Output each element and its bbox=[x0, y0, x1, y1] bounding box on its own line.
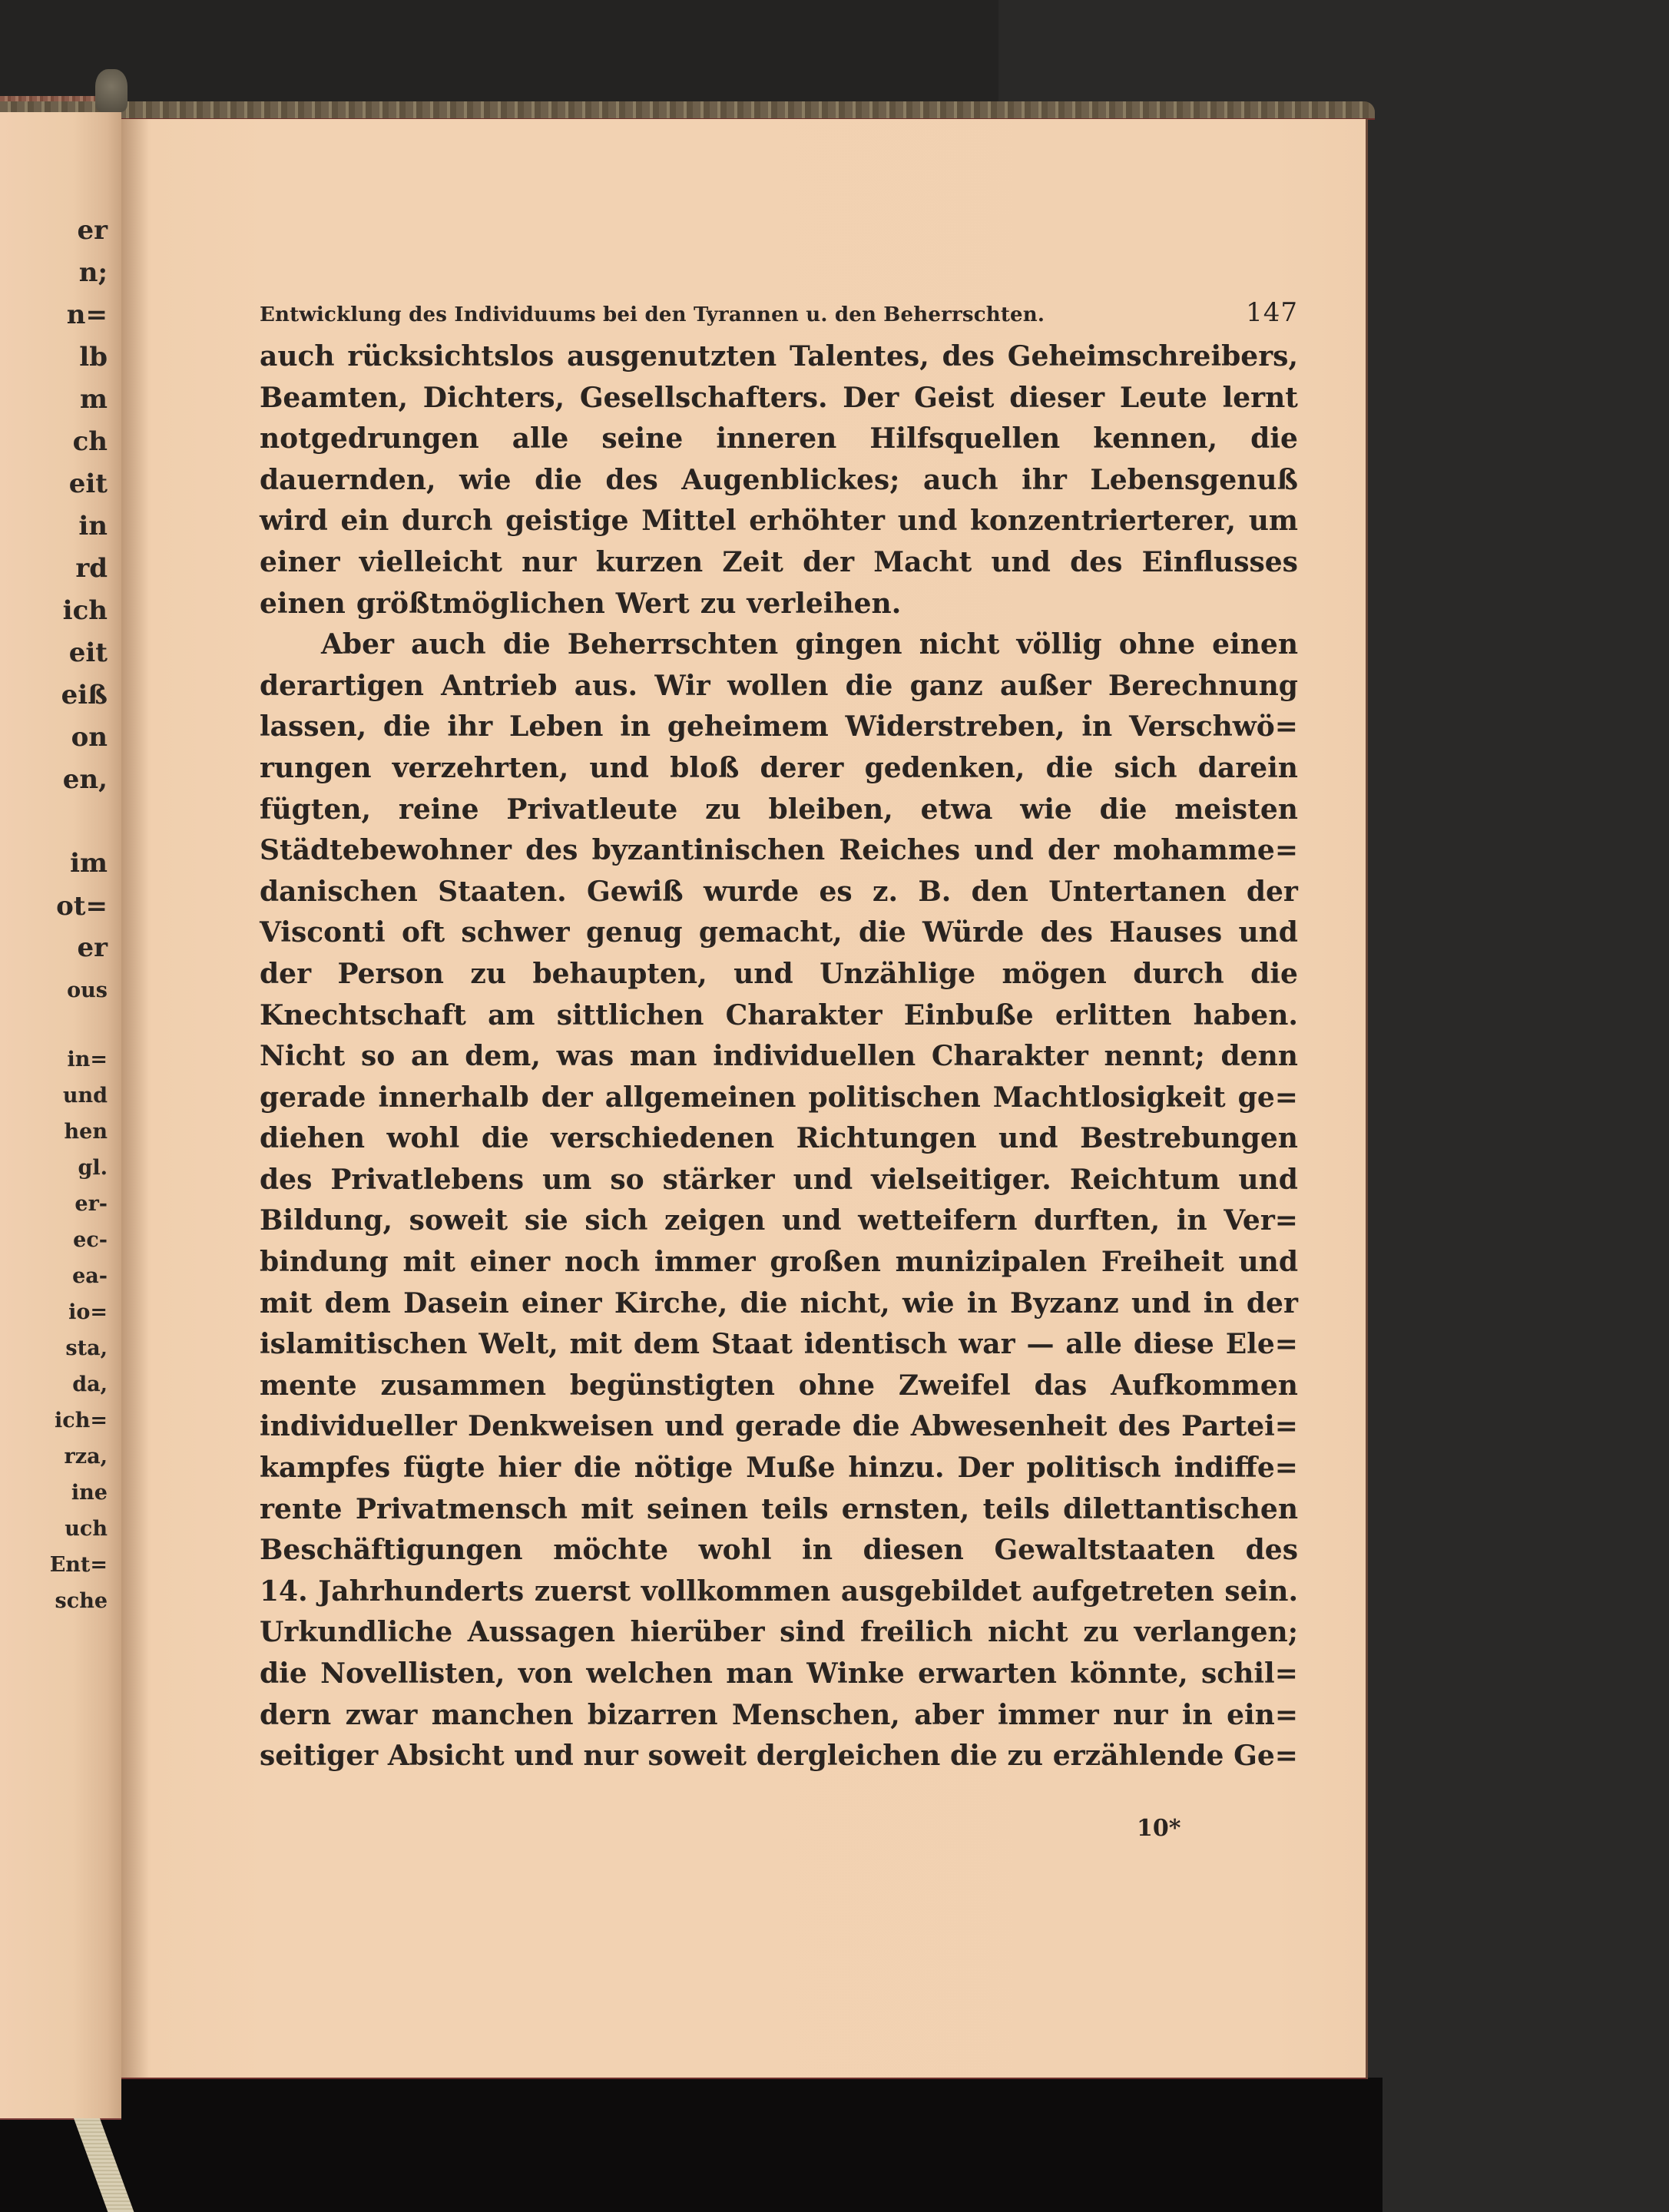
word: am bbox=[488, 995, 535, 1037]
word: bizarren bbox=[588, 1695, 718, 1737]
text-line: mitdemDaseineinerKirche,dienicht,wieinBy… bbox=[260, 1283, 1298, 1325]
word: indiffe= bbox=[1174, 1448, 1298, 1489]
word: dem, bbox=[465, 1036, 541, 1078]
left-page-fragment: sta, bbox=[65, 1336, 108, 1362]
word: Gewiß bbox=[587, 872, 684, 913]
word: dern bbox=[260, 1695, 331, 1737]
word: die bbox=[1100, 790, 1147, 831]
word: individuellen bbox=[713, 1036, 916, 1078]
word: B. bbox=[918, 872, 951, 913]
text-line: seitigerAbsichtundnursoweitdergleichendi… bbox=[260, 1736, 1298, 1777]
word: seitiger bbox=[260, 1736, 378, 1777]
word: geistige bbox=[505, 501, 628, 542]
word: und bbox=[1238, 1160, 1298, 1201]
text-line: lassen,dieihrLebeningeheimemWiderstreben… bbox=[260, 707, 1298, 748]
text-line: derartigenAntriebaus.Wirwollendieganzauß… bbox=[260, 666, 1298, 707]
word: derer bbox=[760, 748, 843, 790]
word: Lebensgenuß bbox=[1090, 460, 1298, 502]
word: Unzählige bbox=[820, 954, 975, 995]
word: dergleichen bbox=[757, 1736, 941, 1777]
left-page-fragment: ea- bbox=[72, 1263, 108, 1290]
left-page-fragment: ine bbox=[71, 1480, 108, 1506]
word: Absicht bbox=[388, 1736, 505, 1777]
word: einen bbox=[1212, 624, 1298, 666]
word: begünstigten bbox=[570, 1366, 775, 1407]
word: islamitischen bbox=[260, 1324, 467, 1366]
word: Reiches bbox=[839, 830, 960, 872]
word: Der bbox=[843, 378, 899, 419]
left-page-fragment: eit bbox=[69, 471, 108, 497]
text-line: dernzwarmanchenbizarrenMenschen,aberimme… bbox=[260, 1695, 1298, 1737]
word: in bbox=[1081, 707, 1112, 748]
word: nennt; bbox=[1104, 1036, 1204, 1078]
left-page: ern;n=lbmcheitinrdicheiteißonen,imot=ero… bbox=[0, 112, 121, 2120]
word: des bbox=[1246, 1530, 1298, 1571]
word: zeigen bbox=[664, 1200, 765, 1242]
left-page-fragment: er bbox=[77, 935, 108, 961]
word: kampfes bbox=[260, 1448, 390, 1489]
text-line: islamitischenWelt,mitdemStaatidentischwa… bbox=[260, 1324, 1298, 1366]
word: die bbox=[383, 707, 431, 748]
word: byzantinischen bbox=[592, 830, 826, 872]
text-line: desPrivatlebensumsostärkerundvielseitige… bbox=[260, 1160, 1298, 1201]
word: wurde bbox=[704, 872, 799, 913]
word: teils bbox=[983, 1489, 1050, 1531]
word: sittlichen bbox=[557, 995, 704, 1037]
body-text: auchrücksichtslosausgenutztenTalentes,de… bbox=[260, 336, 1298, 1777]
word: und bbox=[782, 1200, 842, 1242]
word: und bbox=[974, 830, 1034, 872]
text-line: geradeinnerhalbderallgemeinenpolitischen… bbox=[260, 1078, 1298, 1119]
word: 14. bbox=[260, 1571, 308, 1613]
word: rücksichtslos bbox=[347, 336, 554, 378]
word: des bbox=[525, 830, 578, 872]
word: ernsten, bbox=[842, 1489, 970, 1531]
word: diese bbox=[1134, 1324, 1214, 1366]
word: soweit bbox=[409, 1200, 508, 1242]
word: Novellisten, bbox=[320, 1654, 505, 1695]
text-line: 14.Jahrhundertszuerstvollkommenausgebild… bbox=[260, 1571, 1298, 1613]
word: der bbox=[1247, 872, 1298, 913]
text-line: diehenwohldieverschiedenenRichtungenundB… bbox=[260, 1118, 1298, 1160]
word: Reichtum bbox=[1070, 1160, 1220, 1201]
word: nicht, bbox=[800, 1283, 890, 1325]
word: Gesellschafters. bbox=[580, 378, 828, 419]
word: Denkweisen bbox=[468, 1406, 654, 1448]
word: Leben bbox=[509, 707, 603, 748]
word: die bbox=[1250, 954, 1298, 995]
word: fügte bbox=[403, 1448, 485, 1489]
word: lassen, bbox=[260, 707, 366, 748]
word: immer bbox=[654, 1242, 756, 1283]
word: zu bbox=[700, 584, 737, 625]
word: die bbox=[740, 1283, 788, 1325]
word: ausgenutzten bbox=[567, 336, 777, 378]
word: Städtebewohner bbox=[260, 830, 512, 872]
word: so bbox=[610, 1160, 644, 1201]
text-line: dauernden,wiediedesAugenblickes;auchihrL… bbox=[260, 460, 1298, 502]
word: derartigen bbox=[260, 666, 424, 707]
word: des bbox=[942, 336, 995, 378]
word: verschiedenen bbox=[551, 1118, 774, 1160]
word: ihr bbox=[447, 707, 492, 748]
word: seine bbox=[601, 419, 683, 460]
word: Jahrhunderts bbox=[318, 1571, 524, 1613]
word: alle bbox=[512, 419, 569, 460]
word: Visconti bbox=[260, 912, 386, 954]
left-page-fragment: rd bbox=[75, 555, 108, 581]
word: z. bbox=[873, 872, 898, 913]
word: an bbox=[411, 1036, 449, 1078]
word: Aussagen bbox=[468, 1612, 615, 1654]
word: dem bbox=[325, 1283, 391, 1325]
left-page-fragment: in= bbox=[67, 1047, 108, 1073]
word: die bbox=[260, 1654, 307, 1695]
word: wie bbox=[902, 1283, 955, 1325]
text-line: auchrücksichtslosausgenutztenTalentes,de… bbox=[260, 336, 1298, 378]
word: Verschwö= bbox=[1129, 707, 1298, 748]
text-line: rungenverzehrten,undbloßderergedenken,di… bbox=[260, 748, 1298, 790]
word: ganz bbox=[910, 666, 983, 707]
word: nicht bbox=[919, 624, 1000, 666]
word: Kirche, bbox=[614, 1283, 727, 1325]
word: verlangen; bbox=[1134, 1612, 1298, 1654]
word: und bbox=[991, 542, 1051, 584]
word: Einflusses bbox=[1142, 542, 1298, 584]
word: Charakter bbox=[932, 1036, 1088, 1078]
word: und bbox=[1238, 912, 1298, 954]
word: sich bbox=[1114, 748, 1177, 790]
word: Ver= bbox=[1224, 1200, 1298, 1242]
word: die bbox=[846, 666, 893, 707]
word: mit bbox=[402, 1242, 455, 1283]
word: die bbox=[482, 1118, 529, 1160]
word: Geheimschreibers, bbox=[1008, 336, 1298, 378]
word: und bbox=[733, 954, 793, 995]
word: Talentes, bbox=[790, 336, 929, 378]
word: des bbox=[1041, 912, 1093, 954]
word: auch bbox=[923, 460, 998, 502]
word: dilettantischen bbox=[1063, 1489, 1298, 1531]
word: schwer bbox=[461, 912, 569, 954]
word: zu bbox=[705, 790, 741, 831]
word: gerade bbox=[735, 1406, 841, 1448]
bookmark-knot bbox=[95, 69, 127, 112]
word: und bbox=[514, 1736, 574, 1777]
word: individueller bbox=[260, 1406, 457, 1448]
word: durften, bbox=[1034, 1200, 1160, 1242]
word: Staaten. bbox=[438, 872, 567, 913]
word: Zeit bbox=[722, 542, 783, 584]
word: man bbox=[726, 1654, 793, 1695]
left-page-fragment: Ent= bbox=[50, 1552, 108, 1578]
word: ohne bbox=[799, 1366, 875, 1407]
word: Menschen, bbox=[732, 1695, 900, 1737]
left-page-fragment: gl. bbox=[78, 1155, 108, 1181]
text-line: rentePrivatmenschmitseinenteilsernsten,t… bbox=[260, 1489, 1298, 1531]
signature-mark: 10* bbox=[1137, 1815, 1181, 1842]
word: der bbox=[260, 954, 311, 995]
word: mögen bbox=[1002, 954, 1106, 995]
word: zu bbox=[1007, 1736, 1043, 1777]
left-page-fragment: sche bbox=[55, 1588, 108, 1614]
background-bottom bbox=[0, 2078, 1383, 2212]
left-page-fragment: im bbox=[70, 850, 108, 876]
word: rente bbox=[260, 1489, 343, 1531]
word: fügten, bbox=[260, 790, 371, 831]
text-line: Bildung,soweitsiesichzeigenundwetteifern… bbox=[260, 1200, 1298, 1242]
word: zu bbox=[470, 954, 506, 995]
word: und bbox=[589, 748, 649, 790]
word: Beschäftigungen bbox=[260, 1530, 523, 1571]
word: die bbox=[574, 1448, 621, 1489]
word: einen bbox=[260, 584, 346, 625]
word: gemacht, bbox=[699, 912, 843, 954]
word: die bbox=[950, 1736, 998, 1777]
word: Knechtschaft bbox=[260, 995, 466, 1037]
word: was bbox=[557, 1036, 614, 1078]
word: darein bbox=[1198, 748, 1298, 790]
text-line: mentezusammenbegünstigtenohneZweifeldasA… bbox=[260, 1366, 1298, 1407]
word: politischen bbox=[809, 1078, 981, 1119]
left-page-fragment: ch bbox=[73, 429, 108, 455]
word: möchte bbox=[553, 1530, 668, 1571]
word: die bbox=[1046, 748, 1094, 790]
word: in bbox=[620, 707, 651, 748]
word: des bbox=[605, 460, 657, 502]
word: identisch bbox=[804, 1324, 948, 1366]
word: rungen bbox=[260, 748, 372, 790]
word: Byzanz bbox=[1010, 1283, 1119, 1325]
word: sein. bbox=[1224, 1571, 1298, 1613]
text-line: individuellerDenkweisenundgeradedieAbwes… bbox=[260, 1406, 1298, 1448]
word: munizipalen bbox=[896, 1242, 1088, 1283]
word: in bbox=[1182, 1695, 1213, 1737]
word: mit bbox=[570, 1324, 622, 1366]
word: den bbox=[972, 872, 1028, 913]
word: des bbox=[1070, 542, 1122, 584]
word: des bbox=[260, 1160, 312, 1201]
word: ausgebildet bbox=[841, 1571, 1022, 1613]
word: Welt, bbox=[479, 1324, 558, 1366]
word: vielseitiger. bbox=[871, 1160, 1051, 1201]
word: Ele= bbox=[1226, 1324, 1298, 1366]
word: erzählende bbox=[1053, 1736, 1224, 1777]
word: Nicht bbox=[260, 1036, 345, 1078]
text-line: Viscontioftschwergenuggemacht,dieWürdede… bbox=[260, 912, 1298, 954]
word: gingen bbox=[795, 624, 902, 666]
word: um bbox=[1249, 501, 1298, 542]
word: alle bbox=[1065, 1324, 1122, 1366]
left-page-fragment: in bbox=[78, 513, 108, 539]
word: auch bbox=[411, 624, 486, 666]
word: in bbox=[1204, 1283, 1234, 1325]
word: Hilfsquellen bbox=[869, 419, 1060, 460]
word: seinen bbox=[647, 1489, 748, 1531]
word: einer bbox=[522, 1283, 602, 1325]
word: Macht bbox=[873, 542, 972, 584]
word: auch bbox=[260, 336, 335, 378]
word: zusammen bbox=[381, 1366, 546, 1407]
word: behaupten, bbox=[532, 954, 707, 995]
word: wetteifern bbox=[858, 1200, 1017, 1242]
word: diehen bbox=[260, 1118, 365, 1160]
word: Hauses bbox=[1109, 912, 1222, 954]
word: bindung bbox=[260, 1242, 389, 1283]
running-head: Entwicklung des Individuums bei den Tyra… bbox=[260, 297, 1298, 331]
word: stärker bbox=[663, 1160, 775, 1201]
word: wie bbox=[1020, 790, 1072, 831]
word: so bbox=[361, 1036, 395, 1078]
word: erhöhter bbox=[749, 501, 885, 542]
word: ihr bbox=[1022, 460, 1067, 502]
left-page-fragment: lb bbox=[79, 344, 108, 370]
page-number: 147 bbox=[1246, 297, 1298, 328]
word: Privatmensch bbox=[356, 1489, 568, 1531]
word: und bbox=[998, 1118, 1058, 1160]
left-page-fragment: ot= bbox=[56, 893, 108, 919]
left-page-fragment: ich= bbox=[55, 1408, 108, 1434]
word: nur bbox=[522, 542, 576, 584]
word: geheimem bbox=[667, 707, 829, 748]
word: der bbox=[803, 542, 854, 584]
word: dauernden, bbox=[260, 460, 436, 502]
word: in bbox=[1177, 1200, 1207, 1242]
word: Ge= bbox=[1234, 1736, 1298, 1777]
word: Bildung, bbox=[260, 1200, 392, 1242]
word: bleiben, bbox=[769, 790, 893, 831]
left-page-fragment: io= bbox=[68, 1300, 108, 1326]
word: durch bbox=[1133, 954, 1224, 995]
word: Winke bbox=[806, 1654, 905, 1695]
word: könnte, bbox=[1070, 1654, 1187, 1695]
word: manchen bbox=[432, 1695, 574, 1737]
word: von bbox=[518, 1654, 573, 1695]
text-line: BeschäftigungenmöchtewohlindiesenGewalts… bbox=[260, 1530, 1298, 1571]
word: zwar bbox=[346, 1695, 418, 1737]
left-page-fragment: da, bbox=[72, 1372, 108, 1398]
word: Charakter bbox=[726, 995, 883, 1037]
text-line: derPersonzubehaupten,undUnzähligemögendu… bbox=[260, 954, 1298, 995]
text-line: notgedrungenalleseineinnerenHilfsquellen… bbox=[260, 419, 1298, 460]
word: aus. bbox=[575, 666, 637, 707]
left-page-fragment: hen bbox=[65, 1119, 108, 1145]
word: man bbox=[630, 1036, 697, 1078]
word: wohl bbox=[699, 1530, 772, 1571]
left-page-fragment: on bbox=[71, 724, 108, 750]
left-page-fragment: n; bbox=[79, 260, 108, 286]
word: inneren bbox=[716, 419, 836, 460]
text-line: AberauchdieBeherrschtengingennichtvöllig… bbox=[260, 624, 1298, 666]
text-line: einervielleichtnurkurzenZeitderMachtundd… bbox=[260, 542, 1298, 584]
word: nur bbox=[1113, 1695, 1167, 1737]
left-page-fragment: en, bbox=[63, 767, 108, 793]
word: wie bbox=[459, 460, 512, 502]
word: zu bbox=[1083, 1612, 1119, 1654]
word: aber bbox=[914, 1695, 983, 1737]
word: kurzen bbox=[596, 542, 704, 584]
word: meisten bbox=[1174, 790, 1298, 831]
word: mit bbox=[260, 1283, 312, 1325]
word: durch bbox=[402, 501, 492, 542]
word: ohne bbox=[1119, 624, 1195, 666]
word: Wir bbox=[654, 666, 710, 707]
word: konzentrierterer, bbox=[970, 501, 1236, 542]
word: Widerstreben, bbox=[846, 707, 1065, 748]
word: außer bbox=[1000, 666, 1091, 707]
headband bbox=[0, 101, 1375, 120]
word: sind bbox=[780, 1612, 845, 1654]
word: großen bbox=[770, 1242, 881, 1283]
left-page-fragment: rza, bbox=[65, 1444, 108, 1470]
word: Dichters, bbox=[423, 378, 565, 419]
word: hier bbox=[498, 1448, 561, 1489]
word: wollen bbox=[727, 666, 828, 707]
word: Bestrebungen bbox=[1080, 1118, 1298, 1160]
word: Richtungen bbox=[796, 1118, 977, 1160]
word: — bbox=[1026, 1324, 1054, 1366]
word: hierüber bbox=[631, 1612, 765, 1654]
word: es bbox=[820, 872, 853, 913]
word: und bbox=[1131, 1283, 1191, 1325]
word: Wert bbox=[616, 584, 690, 625]
word: die bbox=[535, 460, 582, 502]
word: Privatlebens bbox=[330, 1160, 524, 1201]
word: Antrieb bbox=[441, 666, 557, 707]
word: gerade bbox=[260, 1078, 366, 1119]
left-page-fragment: ec- bbox=[73, 1227, 108, 1253]
word: die bbox=[1250, 419, 1298, 460]
word: Machtlosigkeit bbox=[993, 1078, 1226, 1119]
word: Zweifel bbox=[899, 1366, 1011, 1407]
word: Aber bbox=[321, 624, 394, 666]
word: dem bbox=[634, 1324, 700, 1366]
word: reine bbox=[399, 790, 479, 831]
word: größtmöglichen bbox=[356, 584, 605, 625]
text-line: bindungmiteinernochimmergroßenmunizipale… bbox=[260, 1242, 1298, 1283]
word: Beherrschten bbox=[568, 624, 778, 666]
left-page-fragment: n= bbox=[67, 302, 108, 328]
word: denn bbox=[1221, 1036, 1298, 1078]
word: nicht bbox=[988, 1612, 1068, 1654]
word: verzehrten, bbox=[392, 748, 569, 790]
left-page-fragment: er- bbox=[75, 1191, 108, 1217]
word: notgedrungen bbox=[260, 419, 479, 460]
word: nötige bbox=[634, 1448, 733, 1489]
word: soweit bbox=[648, 1736, 747, 1777]
text-line: KnechtschaftamsittlichenCharakterEinbuße… bbox=[260, 995, 1298, 1037]
word: diesen bbox=[863, 1530, 964, 1571]
word: Urkundliche bbox=[260, 1612, 452, 1654]
word: freilich bbox=[860, 1612, 972, 1654]
word: der bbox=[1048, 830, 1099, 872]
text-line: Nichtsoandem,wasmanindividuellenCharakte… bbox=[260, 1036, 1298, 1078]
left-page-fragment: ous bbox=[67, 978, 108, 1004]
word: die bbox=[859, 912, 906, 954]
left-page-fragment: uch bbox=[65, 1516, 108, 1542]
word: Berechnung bbox=[1108, 666, 1298, 707]
word: zuerst bbox=[535, 1571, 631, 1613]
word: vollkommen bbox=[641, 1571, 831, 1613]
word: kennen, bbox=[1093, 419, 1217, 460]
word: um bbox=[542, 1160, 591, 1201]
word: welchen bbox=[586, 1654, 713, 1695]
word: Privatleute bbox=[506, 790, 677, 831]
word: Person bbox=[338, 954, 444, 995]
word: der bbox=[541, 1078, 593, 1119]
word: danischen bbox=[260, 872, 418, 913]
word: Aufkommen bbox=[1111, 1366, 1298, 1407]
